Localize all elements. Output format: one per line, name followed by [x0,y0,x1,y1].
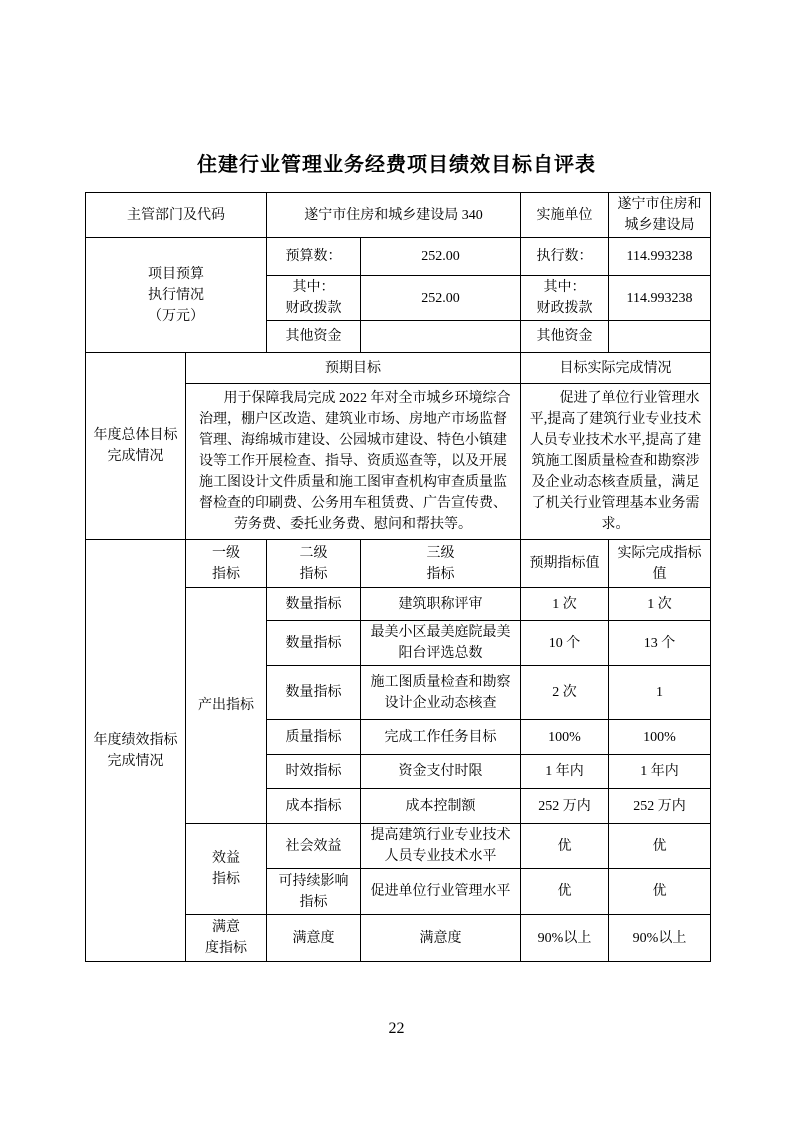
indicator-expected: 优 [521,824,609,869]
fiscal-left-label: 其中： 财政拨款 [267,276,361,321]
indicator-level2: 满意度 [267,915,361,962]
indicator-actual: 90%以上 [609,915,711,962]
indicator-level3: 最美小区最美庭院最美 阳台评选总数 [361,621,521,666]
page-title: 住建行业管理业务经费项目绩效目标自评表 [0,148,793,177]
indicator-level3: 资金支付时限 [361,755,521,789]
expected-value-header: 预期指标值 [521,540,609,588]
indicator-expected: 优 [521,869,609,915]
annual-goal-section-label: 年度总体目标 完成情况 [86,353,186,540]
budget-label: 预算数： [267,238,361,276]
indicator-actual: 1 次 [609,588,711,621]
exec-label: 执行数： [521,238,609,276]
page-number: 22 [0,1020,793,1038]
other-funds-left-value [361,321,521,353]
indicator-expected: 10 个 [521,621,609,666]
impl-unit-label: 实施单位 [521,193,609,238]
indicator-level3: 建筑职称评审 [361,588,521,621]
indicator-actual: 100% [609,720,711,755]
expected-goal-header: 预期目标 [186,353,521,384]
level1-header: 一级 指标 [186,540,267,588]
indicator-expected: 252 万内 [521,789,609,824]
table-row: 年度总体目标 完成情况 预期目标 目标实际完成情况 [86,353,711,384]
table-row: 主管部门及代码 遂宁市住房和城乡建设局 340 实施单位 遂宁市住房和城乡建设局 [86,193,711,238]
indicator-level2: 可持续影响 指标 [267,869,361,915]
indicator-level2: 成本指标 [267,789,361,824]
budget-value: 252.00 [361,238,521,276]
indicator-level2: 数量指标 [267,666,361,720]
indicator-level2: 社会效益 [267,824,361,869]
indicator-actual: 1 [609,666,711,720]
other-funds-left-label: 其他资金 [267,321,361,353]
indicator-expected: 1 次 [521,588,609,621]
performance-self-evaluation-table: 主管部门及代码 遂宁市住房和城乡建设局 340 实施单位 遂宁市住房和城乡建设局… [85,192,711,962]
actual-goal-header: 目标实际完成情况 [521,353,711,384]
indicators-section-label: 年度绩效指标 完成情况 [86,540,186,962]
table-row: 年度绩效指标 完成情况 一级 指标 二级 指标 三级 指标 预期指标值 实际完成… [86,540,711,588]
indicator-expected: 100% [521,720,609,755]
indicator-level3: 完成工作任务目标 [361,720,521,755]
indicator-expected: 2 次 [521,666,609,720]
impl-unit-value: 遂宁市住房和城乡建设局 [609,193,711,238]
expected-goal-text: 用于保障我局完成 2022 年对全市城乡环境综合治理，棚户区改造、建筑业市场、房… [186,384,521,540]
other-funds-right-label: 其他资金 [521,321,609,353]
indicator-level3: 提高建筑行业专业技术 人员专业技术水平 [361,824,521,869]
group-output-label: 产出指标 [186,588,267,824]
fiscal-right-label: 其中： 财政拨款 [521,276,609,321]
actual-goal-text: 促进了单位行业管理水平,提高了建筑行业专业技术人员专业技术水平,提高了建筑施工图… [521,384,711,540]
indicator-expected: 1 年内 [521,755,609,789]
document-page: 住建行业管理业务经费项目绩效目标自评表 主管部门及代码 遂宁市住房和城乡建设局 … [0,0,793,1122]
fiscal-left-value: 252.00 [361,276,521,321]
indicator-actual: 1 年内 [609,755,711,789]
indicator-actual: 13 个 [609,621,711,666]
budget-section-label: 项目预算 执行情况 （万元） [86,238,267,353]
dept-code-label: 主管部门及代码 [86,193,267,238]
indicator-level2: 时效指标 [267,755,361,789]
indicator-level3: 成本控制额 [361,789,521,824]
level3-header: 三级 指标 [361,540,521,588]
indicator-level2: 数量指标 [267,621,361,666]
indicator-level2: 数量指标 [267,588,361,621]
other-funds-right-value [609,321,711,353]
table-row: 项目预算 执行情况 （万元） 预算数： 252.00 执行数： 114.9932… [86,238,711,276]
indicator-expected: 90%以上 [521,915,609,962]
indicator-level2: 质量指标 [267,720,361,755]
indicator-level3: 促进单位行业管理水平 [361,869,521,915]
exec-value: 114.993238 [609,238,711,276]
group-benefit-label: 效益 指标 [186,824,267,915]
indicator-actual: 优 [609,824,711,869]
indicator-actual: 优 [609,869,711,915]
indicator-level3: 满意度 [361,915,521,962]
indicator-actual: 252 万内 [609,789,711,824]
level2-header: 二级 指标 [267,540,361,588]
dept-code-value: 遂宁市住房和城乡建设局 340 [267,193,521,238]
actual-value-header: 实际完成指标值 [609,540,711,588]
fiscal-right-value: 114.993238 [609,276,711,321]
indicator-level3: 施工图质量检查和勘察 设计企业动态核查 [361,666,521,720]
group-satisfaction-label: 满意 度指标 [186,915,267,962]
